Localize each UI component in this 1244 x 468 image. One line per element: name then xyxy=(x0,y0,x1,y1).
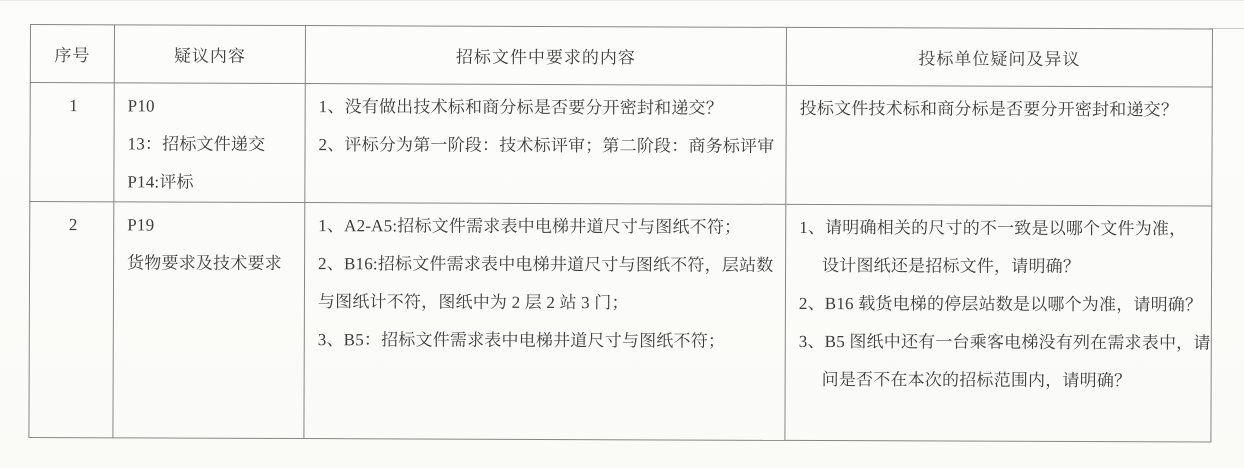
text-line: 货物要求及技术要求 xyxy=(127,244,294,283)
text-line: 2、B16:招标文件需求表中电梯井道尺寸与图纸不符，层站数 xyxy=(318,245,775,285)
cell-question: 投标文件技术标和商分标是否要分开密封和递交？ xyxy=(786,85,1212,206)
header-cell-topic: 疑议内容 xyxy=(114,25,305,84)
cell-requirement: 1、没有做出技术标和商分标是否要分开密封和递交？ 2、评标分为第一阶段：技术标评… xyxy=(305,84,786,205)
text-line: 2、评标分为第一阶段：技术标评审；第二阶段：商务标评审 xyxy=(318,126,775,166)
cell-topic: P19 货物要求及技术要求 xyxy=(113,202,305,439)
header-row: 序号 疑议内容 招标文件中要求的内容 投标单位疑问及异议 xyxy=(30,25,1212,88)
cell-question: 1、请明确相关的尺寸的不一致是以哪个文件为准， 设计图纸还是招标文件，请明确？ … xyxy=(785,204,1212,442)
header-cell-requirement: 招标文件中要求的内容 xyxy=(305,26,786,86)
inquiry-table: 序号 疑议内容 招标文件中要求的内容 投标单位疑问及异议 1 P10 13：招标… xyxy=(28,24,1213,443)
text-line: 3、B5：招标文件需求表中电梯井道尺寸与图纸不符； xyxy=(318,321,775,361)
text-line: 1、A2-A5:招标文件需求表中电梯井道尺寸与图纸不符； xyxy=(318,207,775,247)
text-line: 2、B16 载货电梯的停层站数是以哪个为准，请明确？ xyxy=(799,285,1201,325)
text-line: P10 xyxy=(128,87,295,126)
seq-number: 1 xyxy=(44,87,104,125)
text-line: 问是否不在本次的招标范围内，请明确？ xyxy=(799,361,1201,401)
text-line: 1、没有做出技术标和商分标是否要分开密封和递交？ xyxy=(319,88,776,128)
table-row: 1 P10 13：招标文件递交 P14:评标 1、没有做出技术标和商分标是否要分… xyxy=(30,83,1212,207)
cell-topic: P10 13：招标文件递交 P14:评标 xyxy=(114,83,305,203)
text-line: 3、B5 图纸中还有一台乘客电梯没有列在需求表中，请 xyxy=(799,323,1201,363)
cell-requirement: 1、A2-A5:招标文件需求表中电梯井道尺寸与图纸不符； 2、B16:招标文件需… xyxy=(304,203,786,441)
text-line: 设计图纸还是招标文件，请明确？ xyxy=(799,247,1201,287)
text-line: P14:评标 xyxy=(127,163,294,202)
text-line: 1、请明确相关的尺寸的不一致是以哪个文件为准， xyxy=(799,209,1201,249)
text-line: P19 xyxy=(127,206,294,245)
text-line: 13：招标文件递交 xyxy=(127,125,294,164)
table-row: 2 P19 货物要求及技术要求 1、A2-A5:招标文件需求表中电梯井道尺寸与图… xyxy=(29,202,1212,443)
header-cell-seq: 序号 xyxy=(30,25,114,83)
cell-seq: 2 xyxy=(29,202,114,438)
scanned-page: 序号 疑议内容 招标文件中要求的内容 投标单位疑问及异议 1 P10 13：招标… xyxy=(0,0,1244,468)
paper-edge-line xyxy=(1209,28,1244,29)
text-line: 与图纸计不符，图纸中为 2 层 2 站 3 门； xyxy=(318,283,775,323)
text-line: 投标文件技术标和商分标是否要分开密封和递交？ xyxy=(800,90,1202,130)
seq-number: 2 xyxy=(43,206,103,244)
cell-seq: 1 xyxy=(30,83,114,202)
header-cell-question: 投标单位疑问及异议 xyxy=(786,27,1212,87)
